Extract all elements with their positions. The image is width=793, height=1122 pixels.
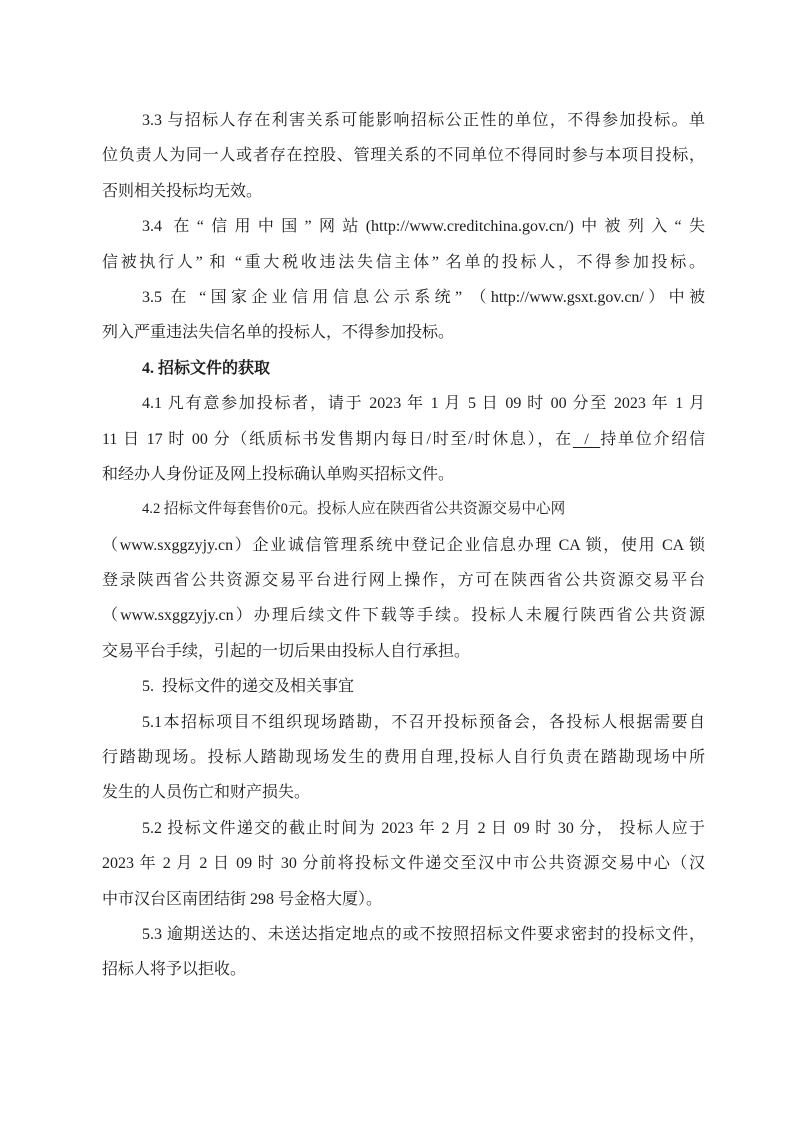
text-line: 中市汉台区南团结街 298 号金格大厦）。 xyxy=(102,882,705,917)
text-line: 5.3 逾期送达的、未送达指定地点的或不按照招标文件要求密封的投标文件， xyxy=(102,917,705,952)
text-line: 3.5 在 “国家企业信用信息公示系统” （http://www.gsxt.go… xyxy=(102,280,705,315)
text-line: 登录陕西省公共资源交易平台进行网上操作，方可在陕西省公共资源交易平台 xyxy=(102,563,705,598)
text-line: 和经办人身份证及网上投标确认单购买招标文件。 xyxy=(102,457,705,492)
underlined-blank: / xyxy=(573,431,600,448)
text-line: 列入严重违法失信名单的投标人，不得参加投标。 xyxy=(102,315,705,350)
text-line: 位负责人为同一人或者存在控股、管理关系的不同单位不得同时参与本项目投标， xyxy=(102,138,705,173)
text-line: 4.2 招标文件每套售价0元。投标人应在陕西省公共资源交易中心网 xyxy=(102,492,705,527)
text-line: 行踏勘现场。投标人踏勘现场发生的费用自理,投标人自行负责在踏勘现场中所 xyxy=(102,740,705,775)
text-line: 5.2 投标文件递交的截止时间为 2023 年 2 月 2 日 09 时 30 … xyxy=(102,811,705,846)
text-line: 5.1本招标项目不组织现场踏勘，不召开投标预备会，各投标人根据需要自 xyxy=(102,705,705,740)
text-line: 11 日 17 时 00 分（纸质标书发售期内每日/时至/时休息），在 / 持单… xyxy=(102,422,705,457)
text-segment: 持单位介绍信 xyxy=(600,431,705,448)
text-line: 发生的人员伤亡和财产损失。 xyxy=(102,775,705,810)
text-line: 交易平台手续，引起的一切后果由投标人自行承担。 xyxy=(102,634,705,669)
text-line: （www.sxggzyjy.cn）企业诚信管理系统中登记企业信息办理 CA 锁，… xyxy=(102,528,705,563)
text-line: 否则相关投标均无效。 xyxy=(102,174,705,209)
text-line: 招标人将予以拒收。 xyxy=(102,952,705,987)
section-heading: 5. 投标文件的递交及相关事宜 xyxy=(102,669,705,704)
text-line: 信被执行人” 和 “重大税收违法失信主体” 名单的投标人，不得参加投标。 xyxy=(102,245,705,280)
text-line: 3.4 在“信用中国”网站(http://www.creditchina.gov… xyxy=(102,209,705,244)
text-segment: 11 日 17 时 00 分（纸质标书发售期内每日/时至/时休息），在 xyxy=(102,431,573,448)
text-block: 3.3 与招标人存在利害关系可能影响招标公正性的单位，不得参加投标。单位负责人为… xyxy=(102,103,705,988)
section-heading: 4. 招标文件的获取 xyxy=(102,351,705,386)
text-line: （www.sxggzyjy.cn）办理后续文件下载等手续。投标人未履行陕西省公共… xyxy=(102,598,705,633)
document-page: 3.3 与招标人存在利害关系可能影响招标公正性的单位，不得参加投标。单位负责人为… xyxy=(0,0,793,1122)
text-line: 3.3 与招标人存在利害关系可能影响招标公正性的单位，不得参加投标。单 xyxy=(102,103,705,138)
text-line: 2023 年 2 月 2 日 09 时 30 分前将投标文件递交至汉中市公共资源… xyxy=(102,846,705,881)
text-line: 4.1 凡有意参加投标者，请于 2023 年 1 月 5 日 09 时 00 分… xyxy=(102,386,705,421)
